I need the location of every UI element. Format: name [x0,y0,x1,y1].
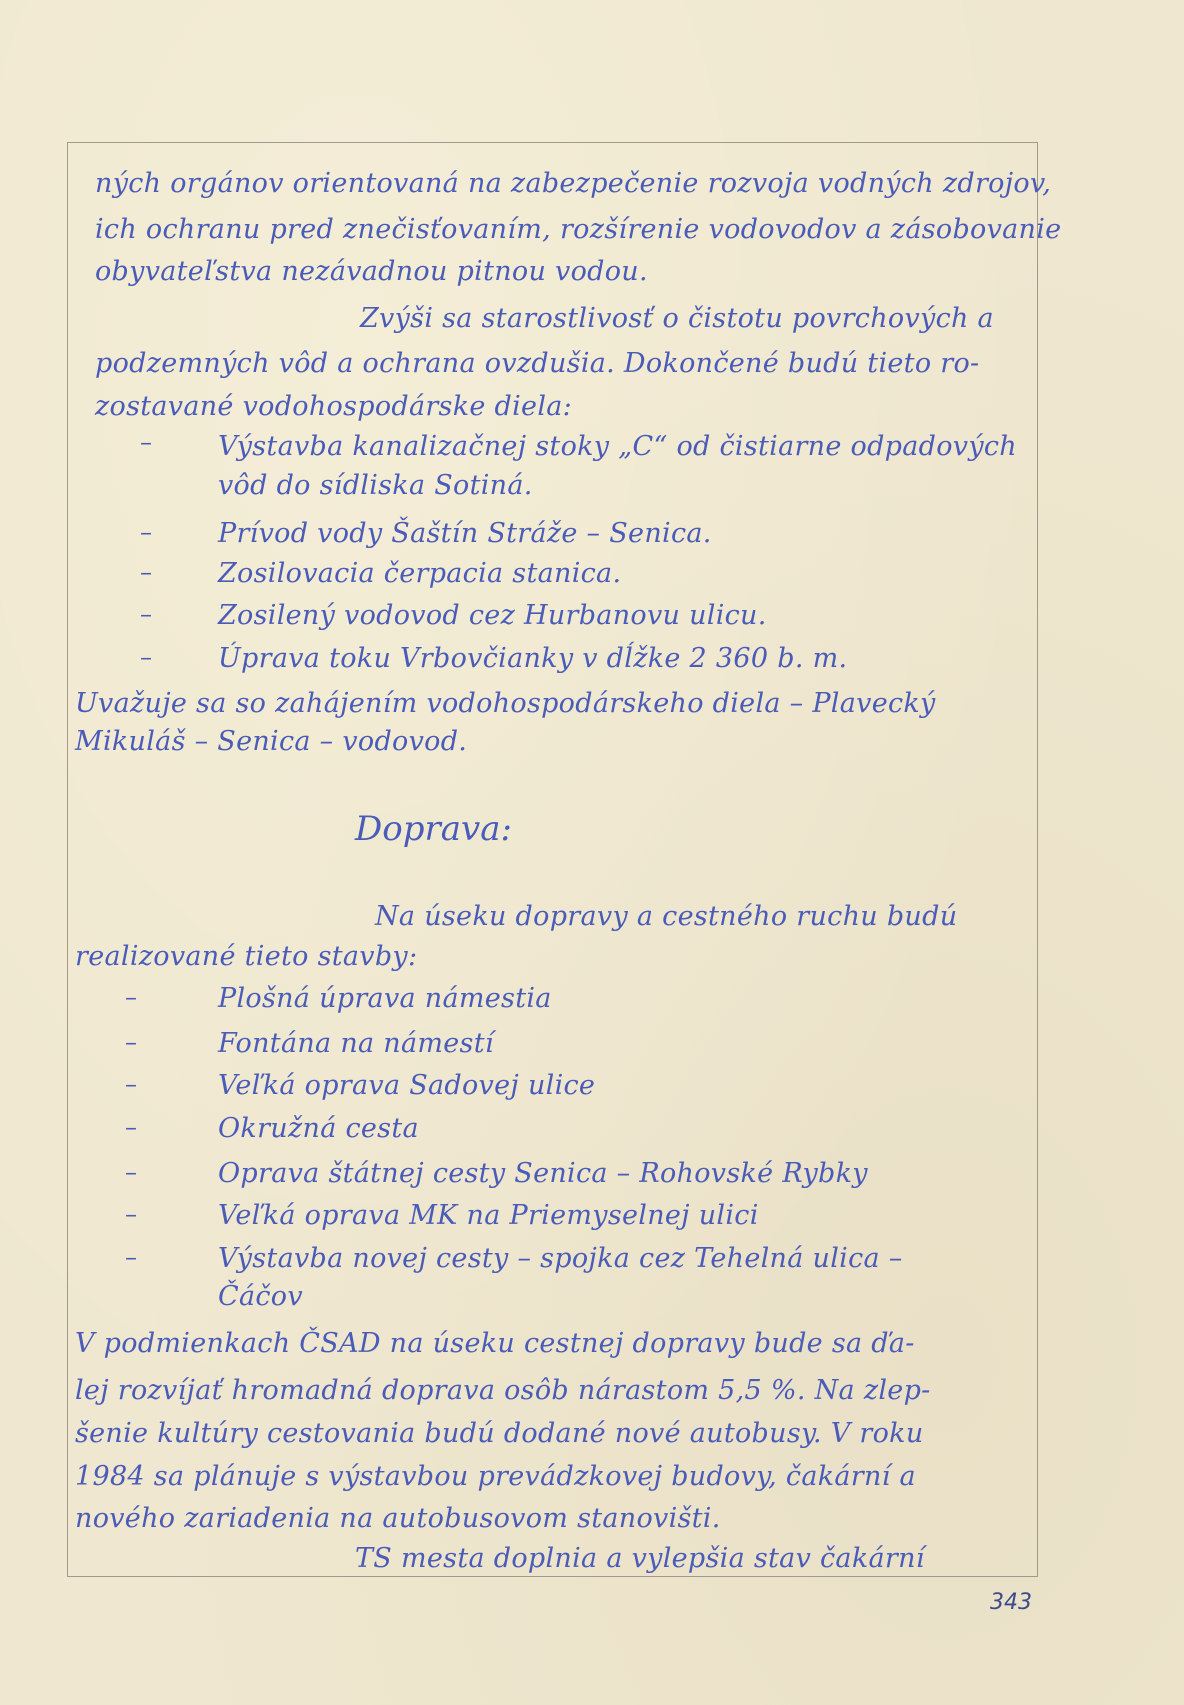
water-item-3: Zosilovacia čerpacia stanica. [218,560,621,587]
list-dash: – [125,1202,137,1226]
transport-intro-line-2: realizované tieto stavby: [75,943,417,970]
list-dash: – [125,1245,137,1269]
transport-item-7-line-2: Čáčov [218,1283,303,1310]
list-dash: – [125,1072,137,1096]
transport-item-6: Veľká oprava MK na Priemyselnej ulici [218,1202,759,1229]
list-dash: – [125,1115,137,1139]
transport-item-1: Plošná úprava námestia [218,985,552,1012]
transport-item-7-line-1: Výstavba novej cesty – spojka cez Teheln… [218,1245,903,1272]
list-dash: – [125,1160,137,1184]
water-item-2: Prívod vody Šaštín Stráže – Senica. [218,520,712,547]
list-dash: – [140,602,152,626]
list-dash: – [125,1030,137,1054]
transport-item-5: Oprava štátnej cesty Senica – Rohovské R… [218,1160,868,1187]
water-para2-line-3: zostavané vodohospodárske diela: [95,393,572,420]
transport-item-2: Fontána na námestí [218,1030,494,1057]
list-dash: – [125,985,137,1009]
ts-line: TS mesta doplnia a vylepšia stav čakární [355,1545,925,1572]
csad-line-2: lej rozvíjať hromadná doprava osôb náras… [75,1377,931,1404]
list-dash: – [140,560,152,584]
csad-line-1: V podmienkach ČSAD na úseku cestnej dopr… [75,1330,915,1357]
transport-item-3: Veľká oprava Sadovej ulice [218,1072,595,1099]
water-closing-line-1: Uvažuje sa so zahájením vodohospodárskeh… [75,690,936,717]
water-closing-line-2: Mikuláš – Senica – vodovod. [75,728,467,755]
water-item-5: Úprava toku Vrbovčianky v dĺžke 2 360 b.… [218,645,847,672]
list-dash: – [140,430,152,454]
list-dash: – [140,645,152,669]
list-dash: – [140,520,152,544]
water-para2-line-1: Zvýši sa starostlivosť o čistotu povrcho… [360,305,994,332]
water-item-1-line-1: Výstavba kanalizačnej stoky „C“ od čisti… [218,433,1017,460]
transport-item-4: Okružná cesta [218,1115,419,1142]
transport-intro-line-1: Na úseku dopravy a cestného ruchu budú [375,903,957,930]
page-number: 343 [990,1590,1032,1615]
water-item-4: Zosilený vodovod cez Hurbanovu ulicu. [218,602,767,629]
water-intro-line-3: obyvateľstva nezávadnou pitnou vodou. [95,258,648,285]
water-item-1-line-2: vôd do sídliska Sotiná. [218,472,533,499]
water-intro-line-1: ných orgánov orientovaná na zabezpečenie… [95,170,1051,197]
water-para2-line-2: podzemných vôd a ochrana ovzdušia. Dokon… [95,350,979,377]
section-heading-transport: Doprava: [355,812,512,846]
csad-line-4: 1984 sa plánuje s výstavbou prevádzkovej… [75,1463,916,1490]
water-intro-line-2: ich ochranu pred znečisťovaním, rozšíren… [95,216,1061,243]
csad-line-5: nového zariadenia na autobusovom stanovi… [75,1505,721,1532]
csad-line-3: šenie kultúry cestovania budú dodané nov… [75,1420,924,1447]
